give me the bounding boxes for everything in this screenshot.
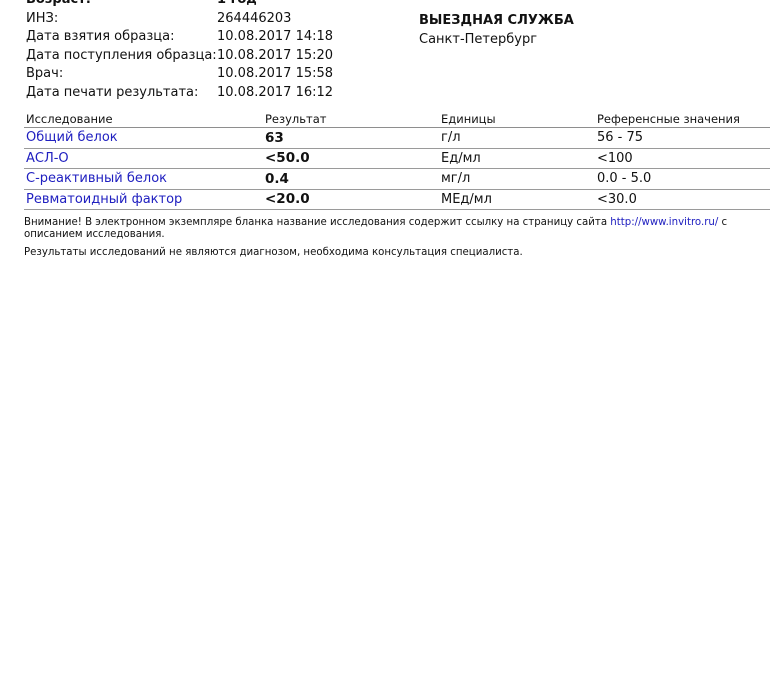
results-table: Исследование Результат Единицы Референсн…	[24, 111, 770, 210]
test-reference: <100	[597, 151, 770, 166]
test-result: <50.0	[265, 150, 441, 166]
header-result: Результат	[265, 112, 441, 126]
test-name-link[interactable]: АСЛ-О	[24, 151, 265, 166]
organization-name: ВЫЕЗДНАЯ СЛУЖБА	[419, 11, 574, 30]
test-name-link[interactable]: Ревматоидный фактор	[24, 192, 265, 207]
notice-paragraph: Внимание! В электронном экземпляре бланк…	[24, 217, 759, 241]
patient-info: Возраст: 1 год ИНЗ: 264446203 Дата взяти…	[26, 0, 333, 103]
info-value: 264446203	[217, 10, 291, 29]
info-row-received-date: Дата поступления образца: 10.08.2017 15:…	[26, 47, 333, 66]
organization-city: Санкт-Петербург	[419, 30, 574, 49]
info-row-print-date: Дата печати результата: 10.08.2017 16:12	[26, 84, 333, 103]
info-label: Врач:	[26, 65, 217, 84]
info-label: Дата печати результата:	[26, 84, 217, 103]
table-row: АСЛ-О <50.0 Ед/мл <100	[24, 149, 770, 170]
test-units: г/л	[441, 130, 597, 145]
test-result: <20.0	[265, 191, 441, 207]
test-reference: 0.0 - 5.0	[597, 171, 770, 186]
info-value: 10.08.2017 14:18	[217, 28, 333, 47]
table-row: Ревматоидный фактор <20.0 МЕд/мл <30.0	[24, 190, 770, 211]
info-label: Дата взятия образца:	[26, 28, 217, 47]
test-reference: <30.0	[597, 192, 770, 207]
test-result: 0.4	[265, 171, 441, 187]
info-label: Возраст:	[26, 0, 217, 10]
header-reference: Референсные значения	[597, 112, 770, 126]
info-value: 10.08.2017 15:20	[217, 47, 333, 66]
notice-text-before: Внимание! В электронном экземпляре бланк…	[24, 217, 610, 228]
results-header-row: Исследование Результат Единицы Референсн…	[24, 111, 770, 128]
info-value: 10.08.2017 16:12	[217, 84, 333, 103]
test-units: Ед/мл	[441, 151, 597, 166]
test-result: 63	[265, 130, 441, 146]
info-row-age: Возраст: 1 год	[26, 0, 333, 10]
test-name-link[interactable]: С-реактивный белок	[24, 171, 265, 186]
test-name-link[interactable]: Общий белок	[24, 130, 265, 145]
table-row: С-реактивный белок 0.4 мг/л 0.0 - 5.0	[24, 169, 770, 190]
info-row-sample-date: Дата взятия образца: 10.08.2017 14:18	[26, 28, 333, 47]
test-units: МЕд/мл	[441, 192, 597, 207]
info-row-doctor: Врач: 10.08.2017 15:58	[26, 65, 333, 84]
invitro-link[interactable]: http://www.invitro.ru/	[610, 217, 718, 228]
header-test: Исследование	[24, 112, 265, 126]
disclaimer-paragraph: Результаты исследований не являются диаг…	[24, 247, 759, 259]
test-reference: 56 - 75	[597, 130, 770, 145]
organization-block: ВЫЕЗДНАЯ СЛУЖБА Санкт-Петербург	[419, 11, 574, 49]
notes-section: Внимание! В электронном экземпляре бланк…	[24, 217, 759, 265]
info-label: ИНЗ:	[26, 10, 217, 29]
info-value: 1 год	[217, 0, 257, 10]
info-row-inz: ИНЗ: 264446203	[26, 10, 333, 29]
info-label: Дата поступления образца:	[26, 47, 217, 66]
info-value: 10.08.2017 15:58	[217, 65, 333, 84]
test-units: мг/л	[441, 171, 597, 186]
table-row: Общий белок 63 г/л 56 - 75	[24, 128, 770, 149]
header-units: Единицы	[441, 112, 597, 126]
